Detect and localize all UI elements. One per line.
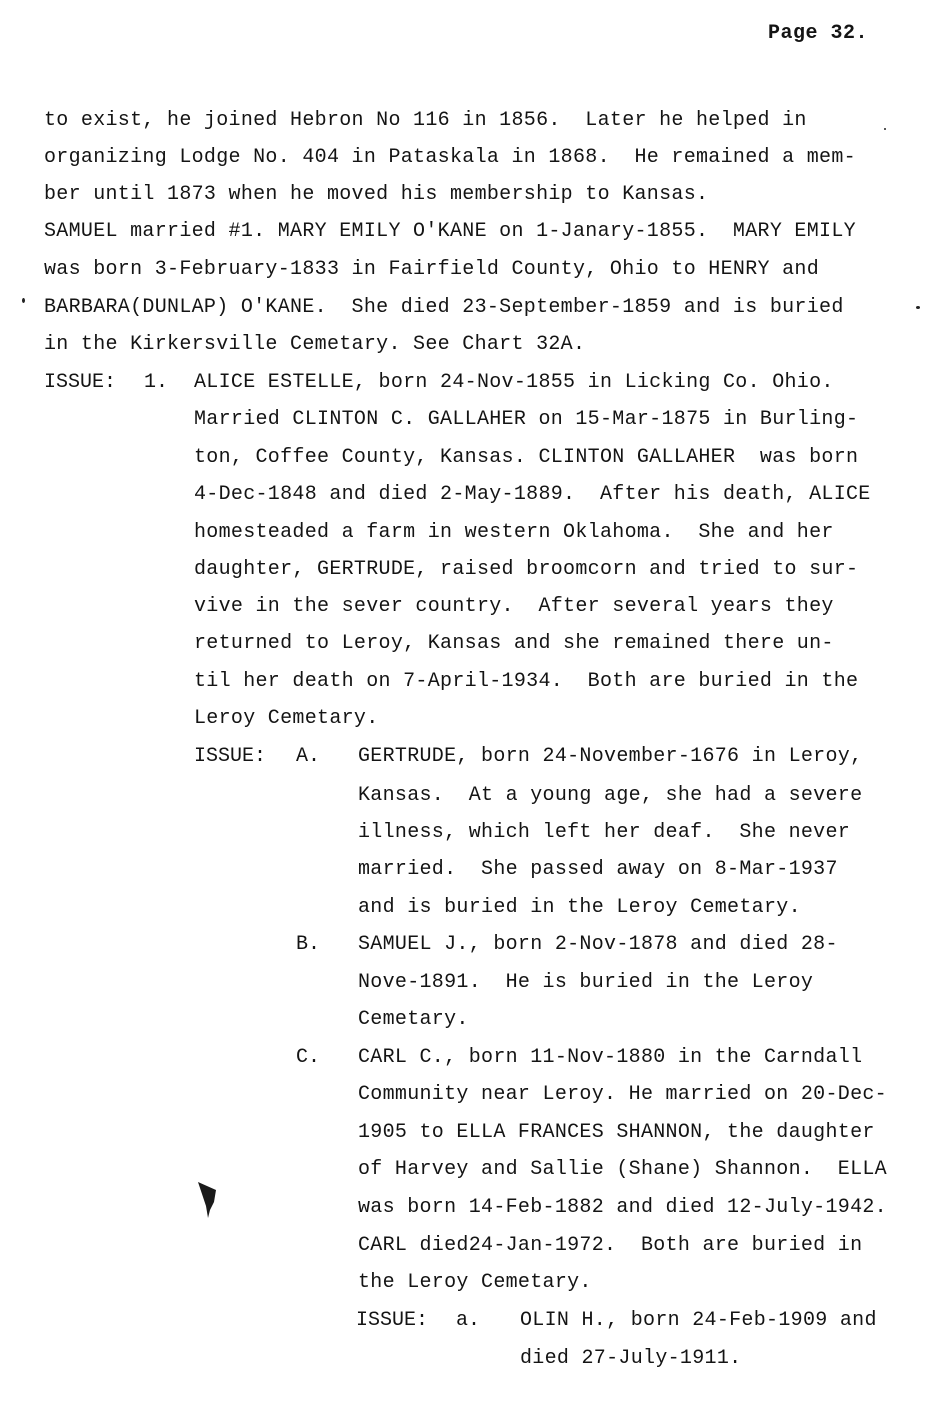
text-line: Kansas. At a young age, she had a severe bbox=[358, 785, 862, 807]
ink-smudge-icon bbox=[196, 1180, 220, 1220]
scan-speck bbox=[884, 128, 886, 130]
text-line: in the Kirkersville Cemetary. See Chart … bbox=[44, 334, 585, 356]
text-line: ALICE ESTELLE, born 24-Nov-1855 in Licki… bbox=[194, 372, 834, 394]
issue-label: ISSUE: bbox=[356, 1310, 428, 1332]
child-letter: C. bbox=[296, 1047, 320, 1069]
text-line: homesteaded a farm in western Oklahoma. … bbox=[194, 522, 834, 544]
text-line: Married CLINTON C. GALLAHER on 15-Mar-18… bbox=[194, 409, 858, 431]
text-line: illness, which left her deaf. She never bbox=[358, 822, 850, 844]
issue-label: ISSUE: bbox=[44, 372, 116, 394]
text-line: and is buried in the Leroy Cemetary. bbox=[358, 897, 801, 919]
text-line: 4-Dec-1848 and died 2-May-1889. After hi… bbox=[194, 484, 871, 506]
text-line: Community near Leroy. He married on 20-D… bbox=[358, 1084, 887, 1106]
child-letter: B. bbox=[296, 934, 320, 956]
text-line: SAMUEL J., born 2-Nov-1878 and died 28- bbox=[358, 934, 838, 956]
text-line: daughter, GERTRUDE, raised broomcorn and… bbox=[194, 559, 858, 581]
scan-speck bbox=[22, 298, 25, 303]
text-line: was born 14-Feb-1882 and died 12-July-19… bbox=[358, 1197, 887, 1219]
text-line: married. She passed away on 8-Mar-1937 bbox=[358, 859, 838, 881]
text-line: CARL died24-Jan-1972. Both are buried in bbox=[358, 1235, 862, 1257]
text-line: GERTRUDE, born 24-November-1676 in Leroy… bbox=[358, 746, 862, 768]
text-line: BARBARA(DUNLAP) O'KANE. She died 23-Sept… bbox=[44, 297, 844, 319]
text-line: the Leroy Cemetary. bbox=[358, 1272, 592, 1294]
text-line: til her death on 7-April-1934. Both are … bbox=[194, 671, 858, 693]
text-line: died 27-July-1911. bbox=[520, 1348, 741, 1370]
text-line: to exist, he joined Hebron No 116 in 185… bbox=[44, 110, 807, 132]
text-line: ton, Coffee County, Kansas. CLINTON GALL… bbox=[194, 447, 858, 469]
issue-number: 1. bbox=[144, 372, 168, 394]
text-line: 1905 to ELLA FRANCES SHANNON, the daught… bbox=[358, 1122, 875, 1144]
text-line: CARL C., born 11-Nov-1880 in the Carndal… bbox=[358, 1047, 862, 1069]
text-line: SAMUEL married #1. MARY EMILY O'KANE on … bbox=[44, 221, 856, 243]
text-line: Cemetary. bbox=[358, 1009, 469, 1031]
text-line: vive in the sever country. After several… bbox=[194, 596, 834, 618]
text-line: ber until 1873 when he moved his members… bbox=[44, 184, 708, 206]
text-line: returned to Leroy, Kansas and she remain… bbox=[194, 633, 834, 655]
text-line: was born 3-February-1833 in Fairfield Co… bbox=[44, 259, 819, 281]
text-line: OLIN H., born 24-Feb-1909 and bbox=[520, 1310, 877, 1332]
issue-label: ISSUE: bbox=[194, 746, 266, 768]
child-letter: A. bbox=[296, 746, 320, 768]
grandchild-letter: a. bbox=[456, 1310, 480, 1332]
page-number: Page 32. bbox=[768, 22, 868, 45]
text-line: Nove-1891. He is buried in the Leroy bbox=[358, 972, 813, 994]
text-line: of Harvey and Sallie (Shane) Shannon. EL… bbox=[358, 1159, 887, 1181]
text-line: organizing Lodge No. 404 in Pataskala in… bbox=[44, 147, 856, 169]
text-line: Leroy Cemetary. bbox=[194, 708, 379, 730]
scan-speck bbox=[916, 306, 920, 309]
